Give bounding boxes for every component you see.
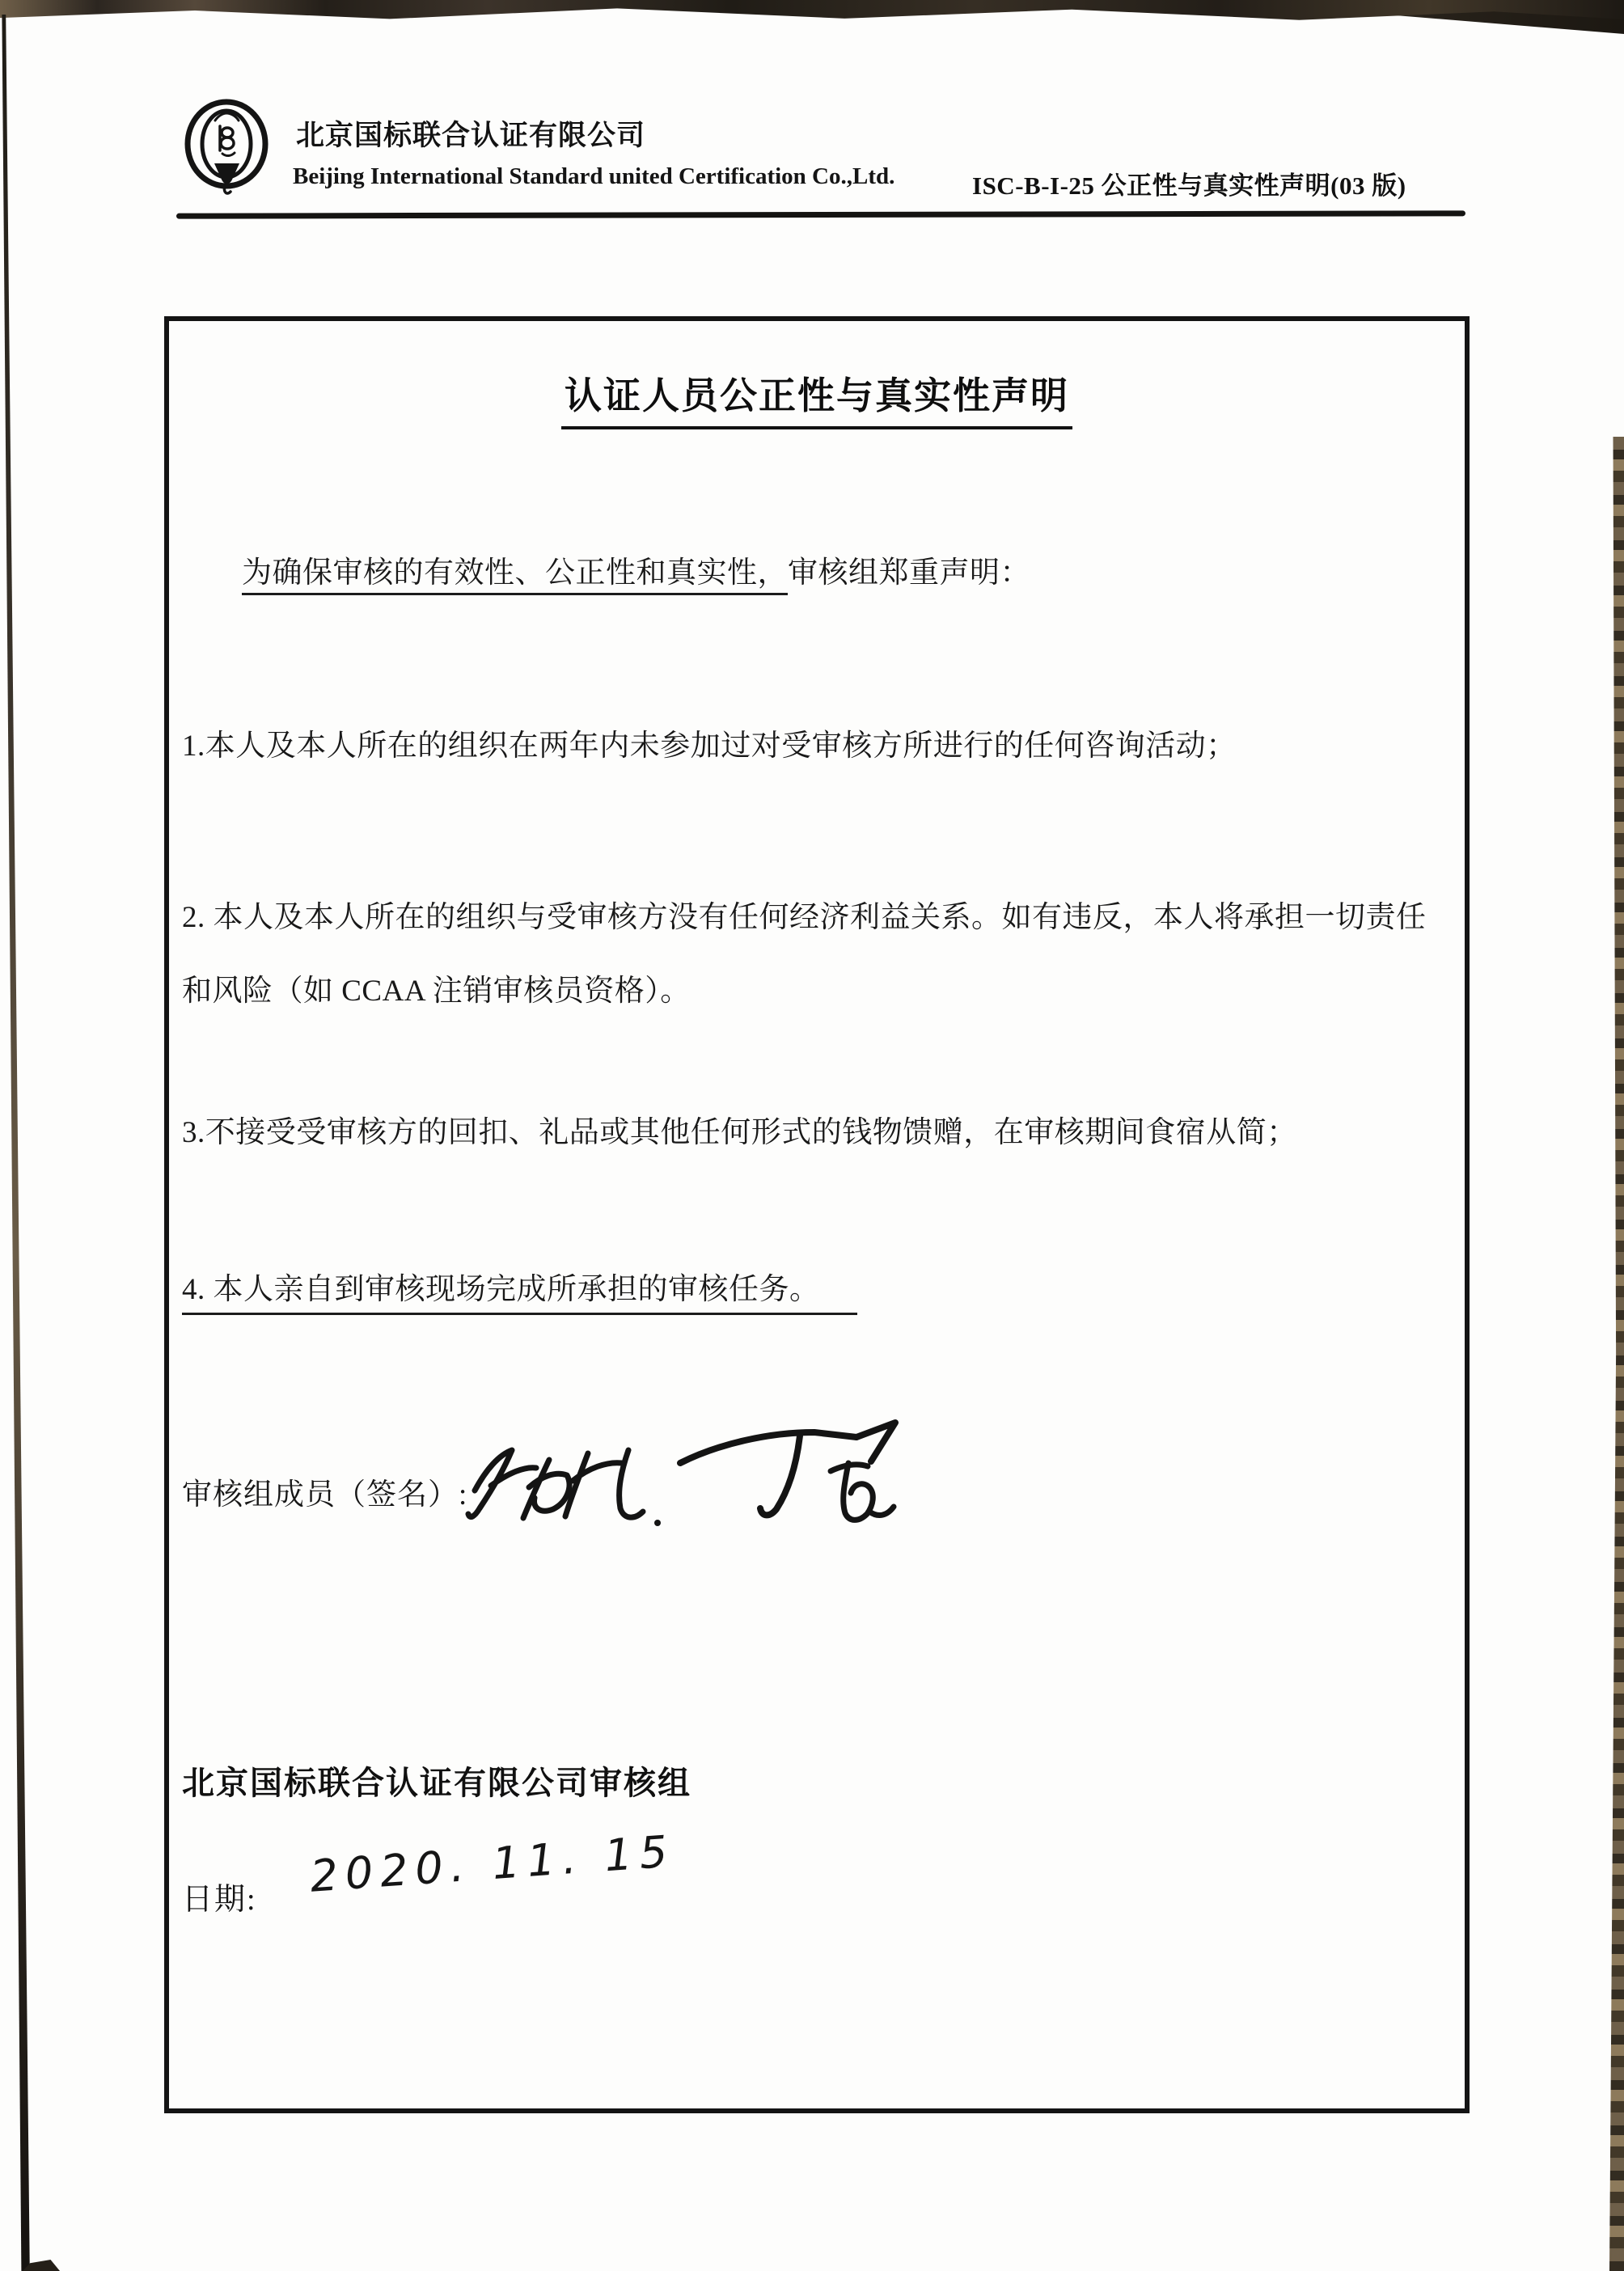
company-name-cn: 北京国标联合认证有限公司 — [296, 113, 645, 154]
declaration-item-3: 3.不接受受审核方的回扣、礼品或其他任何形式的钱物馈赠，在审核期间食宿从简； — [182, 1113, 1448, 1153]
declaration-box: 认证人员公正性与真实性声明 为确保审核的有效性、公正性和真实性，审核组郑重声明：… — [164, 316, 1470, 2113]
handwritten-signatures — [450, 1413, 920, 1552]
declaration-item-2: 2. 本人及本人所在的组织与受审核方没有任何经济利益关系。如有违反，本人将承担一… — [182, 882, 1448, 1028]
declaration-item-1: 1.本人及本人所在的组织在两年内未参加过对受审核方所进行的任何咨询活动； — [182, 726, 1448, 767]
scanned-document-page: 北京国标联合认证有限公司 Beijing International Stand… — [0, 0, 1624, 2271]
company-logo-icon — [184, 99, 269, 199]
page-title: 认证人员公正性与真实性声明 — [561, 366, 1072, 429]
signature-label: 审核组成员（签名）: — [182, 1452, 467, 1513]
scan-edge-right — [1609, 437, 1624, 2271]
title-wrap: 认证人员公正性与真实性声明 — [169, 366, 1465, 429]
date-label: 日期: — [182, 1859, 257, 1918]
date-row: 日期: 2020. 11. 15 — [182, 1859, 910, 1956]
handwritten-date: 2020. 11. 15 — [308, 1825, 676, 1901]
company-name-en: Beijing International Standard united Ce… — [293, 163, 894, 190]
document-code: ISC-B-I-25 公正性与真实性声明(03 版) — [972, 165, 1406, 201]
declaration-item-4-text: 4. 本人亲自到审核现场完成所承担的审核任务。 — [182, 1273, 857, 1315]
signature-row: 审核组成员（签名）: — [182, 1452, 1152, 1597]
scan-edge-left — [0, 15, 32, 2271]
declaration-item-4: 4. 本人亲自到审核现场完成所承担的审核任务。 — [182, 1270, 1448, 1310]
header-rule — [176, 210, 1465, 218]
audit-team-line: 北京国标联合认证有限公司审核组 — [182, 1757, 691, 1804]
intro-underlined-text: 为确保审核的有效性、公正性和真实性， — [242, 556, 788, 595]
scan-edge-top — [0, 0, 1624, 21]
intro-rest-text: 审核组郑重声明： — [788, 556, 1030, 590]
intro-paragraph: 为确保审核的有效性、公正性和真实性，审核组郑重声明： — [182, 553, 1448, 594]
